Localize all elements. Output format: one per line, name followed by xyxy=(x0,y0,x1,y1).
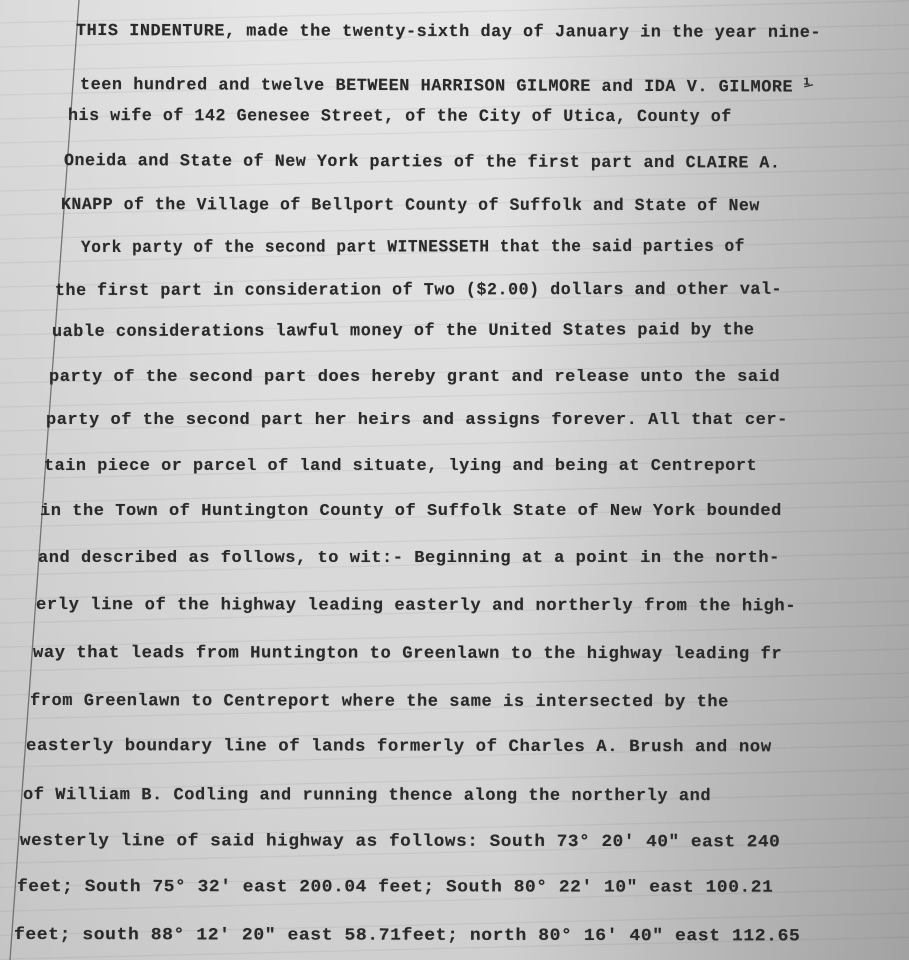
document-line: tain piece or parcel of land situate, ly… xyxy=(44,457,757,476)
document-body: THIS INDENTURE, made the twenty-sixth da… xyxy=(0,0,909,960)
document-line: feet; south 88° 12' 20" east 58.71feet; … xyxy=(14,926,800,946)
scanned-document-page: THIS INDENTURE, made the twenty-sixth da… xyxy=(0,0,909,960)
document-line: teen hundred and twelve BETWEEN HARRISON… xyxy=(80,74,815,98)
document-line: Oneida and State of New York parties of … xyxy=(64,152,781,174)
document-line: easterly boundary line of lands formerly… xyxy=(26,737,772,757)
document-line: from Greenlawn to Centreport where the s… xyxy=(30,692,729,712)
document-line: way that leads from Huntington to Greenl… xyxy=(33,644,782,664)
document-line: party of the second part her heirs and a… xyxy=(46,411,788,430)
document-line: party of the second part does hereby gra… xyxy=(49,368,780,387)
document-line: his wife of 142 Genesee Street, of the C… xyxy=(68,107,732,127)
document-line: the first part in consideration of Two (… xyxy=(55,281,782,301)
document-line: York party of the second part WITNESSETH… xyxy=(81,238,745,258)
document-line: of William B. Codling and running thence… xyxy=(23,786,711,806)
document-line: KNAPP of the Village of Bellport County … xyxy=(61,196,760,216)
document-line: feet; South 75° 32' east 200.04 feet; So… xyxy=(17,878,773,898)
document-line: uable considerations lawful money of the… xyxy=(52,321,755,342)
document-line: westerly line of said highway as follows… xyxy=(20,832,780,852)
document-line: in the Town of Huntington County of Suff… xyxy=(40,502,782,521)
document-line: and described as follows, to wit:- Begin… xyxy=(38,549,780,568)
document-line: erly line of the highway leading easterl… xyxy=(36,596,796,616)
document-line: THIS INDENTURE, made the twenty-sixth da… xyxy=(76,22,821,43)
